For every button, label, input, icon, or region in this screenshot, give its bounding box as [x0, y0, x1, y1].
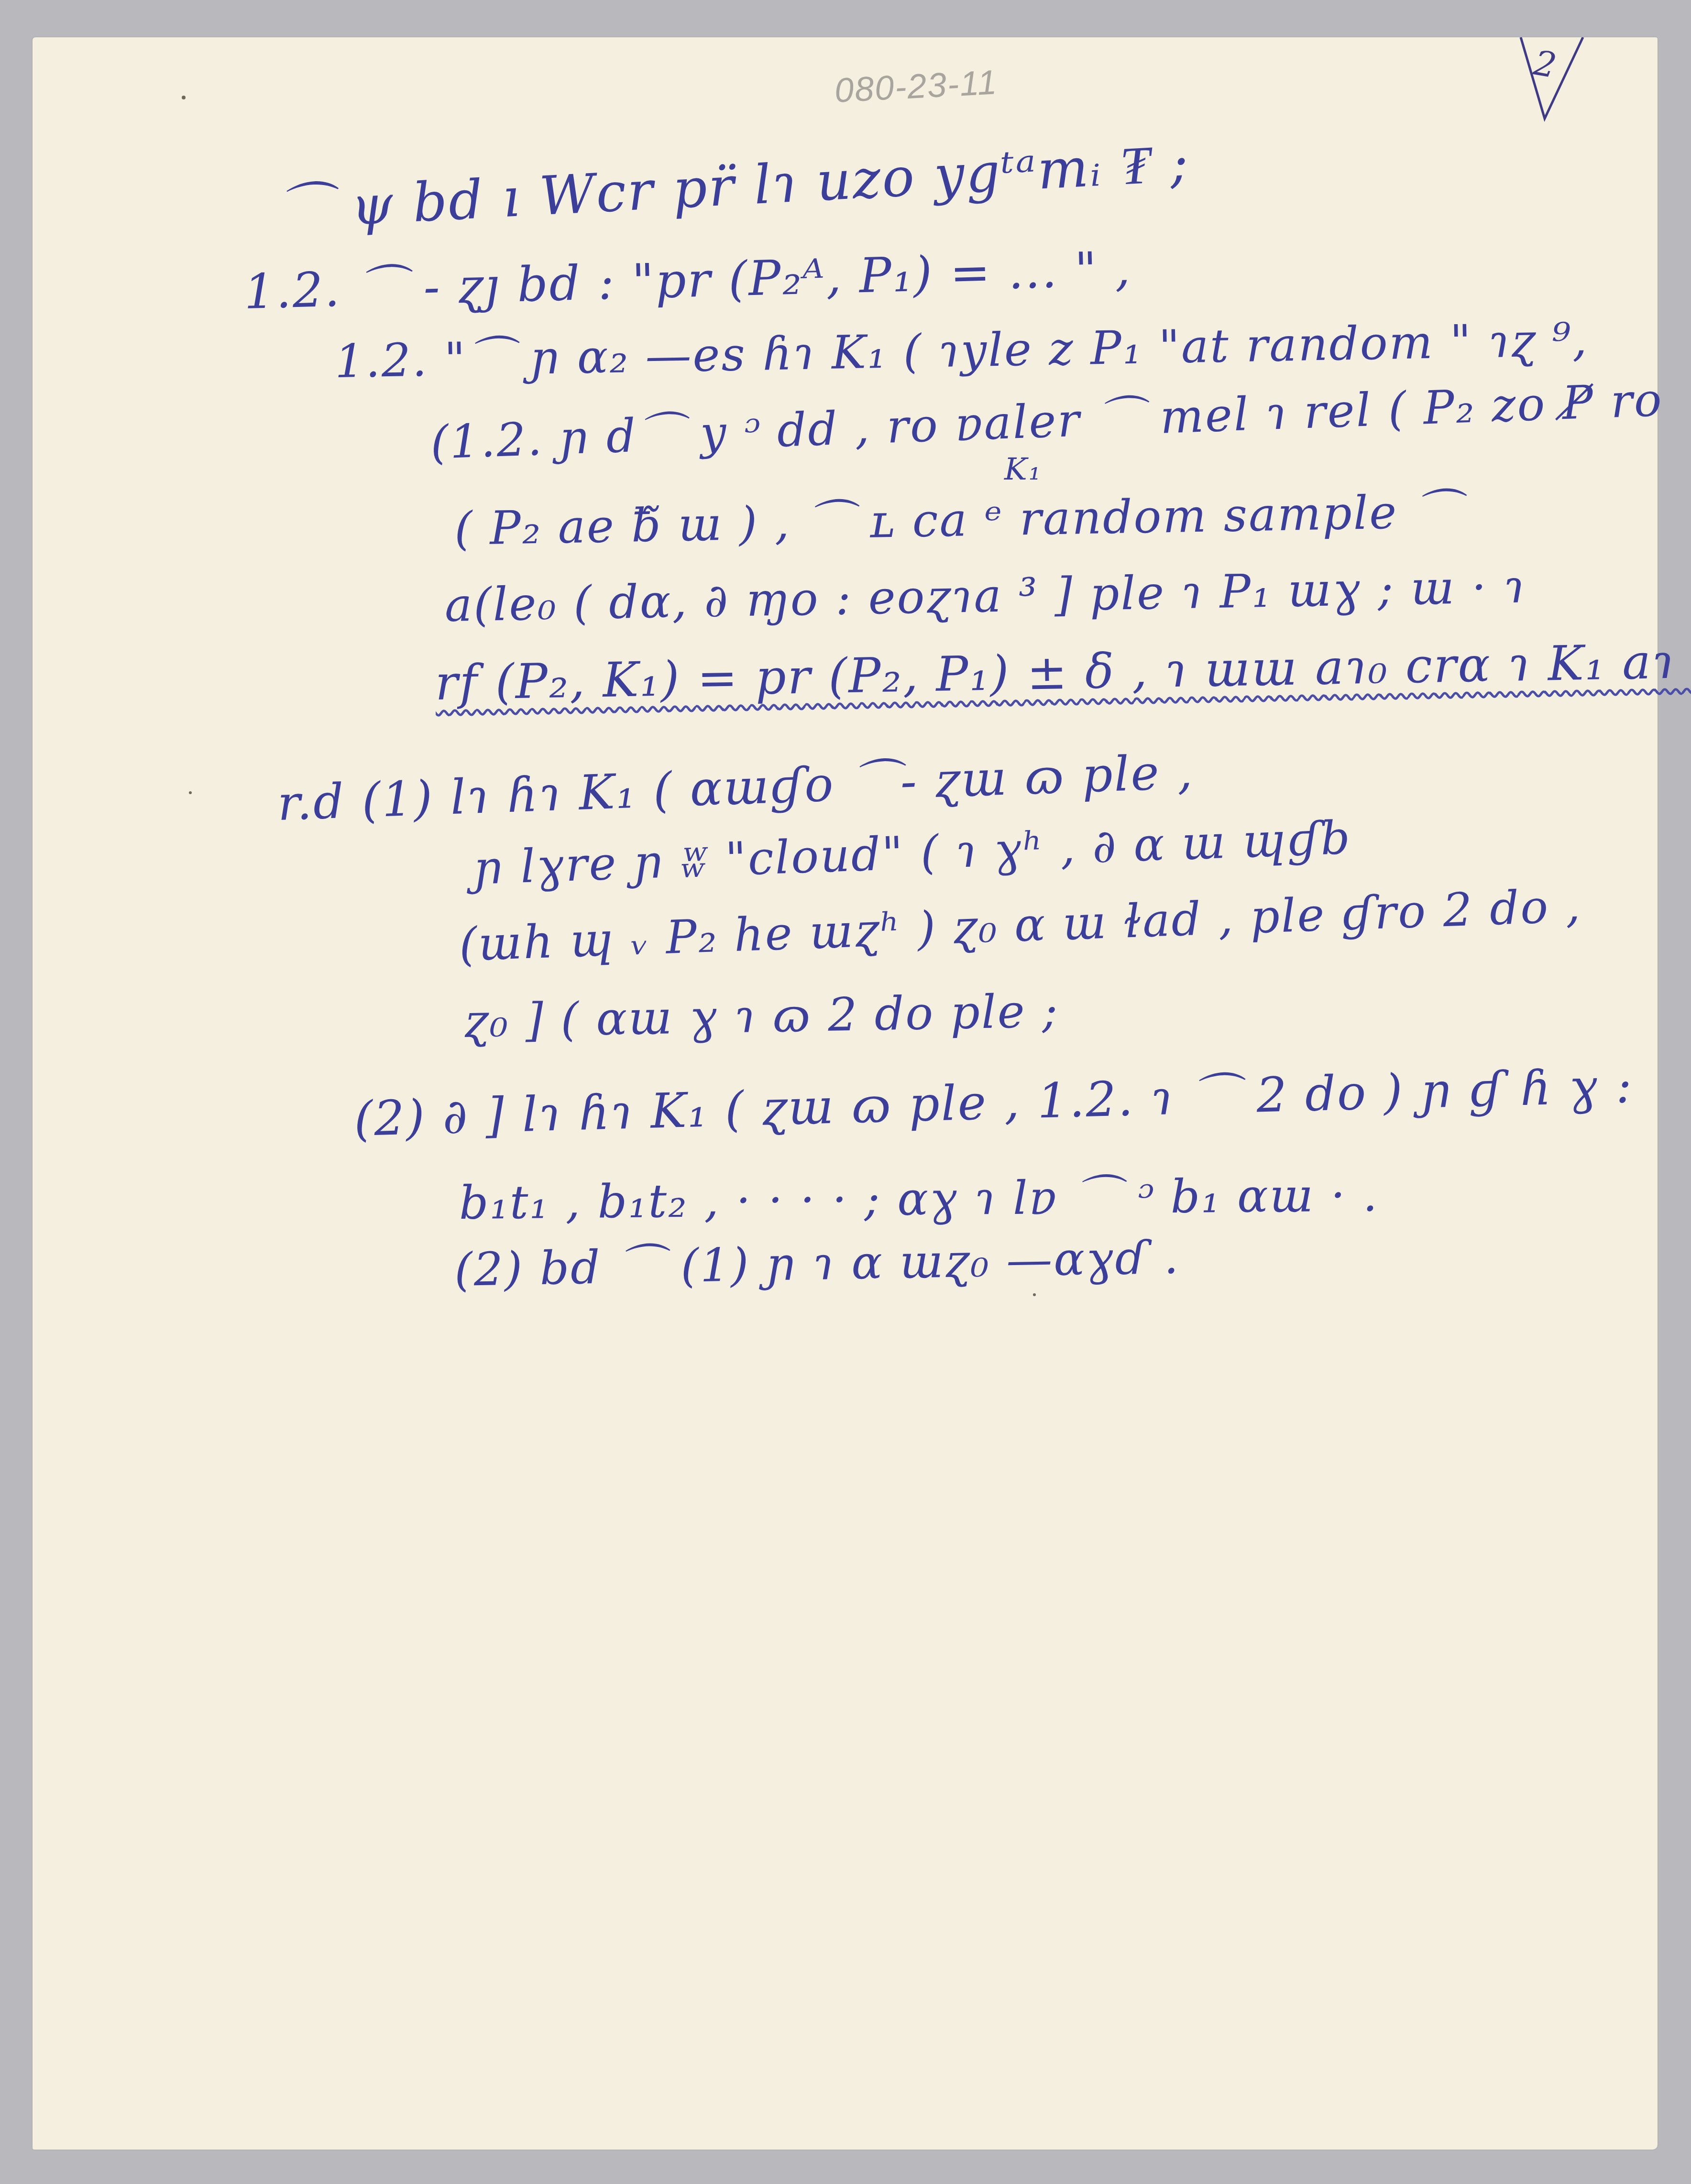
paper-speck [1033, 1293, 1036, 1296]
manuscript-line-11: ɀ₀ ] ( ɑɯ ɣ ɿ ɷ 2 do ple ; [463, 984, 1059, 1048]
manuscript-line-13: b₁t₁ , b₁t₂ , · · · · ; ɑɣ ɿ lɐ ⌒ ᵓ b₁ ɑ… [459, 1158, 1379, 1232]
paper-speck [189, 791, 192, 794]
manuscript-line-14: (2) bd ⌒ (1) ɲ ɿ ɑ ɯɀ₀ —ɑɣɗ . [454, 1221, 1180, 1299]
paper-speck [182, 96, 186, 99]
